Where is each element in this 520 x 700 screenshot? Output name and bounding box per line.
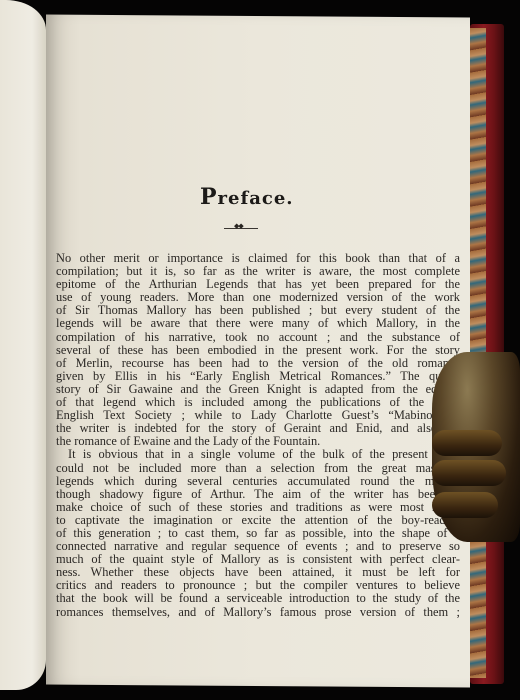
page-title: Preface.: [200, 184, 294, 210]
text-line: compilation of his narrative, took no ac…: [56, 331, 460, 344]
preface-body: No other merit or importance is claimed …: [56, 252, 460, 619]
text-line: several of these has been embodied in th…: [56, 344, 460, 357]
ornament-divider-icon: [224, 228, 258, 229]
finger-shape: [432, 460, 506, 486]
title-rest: reface.: [218, 188, 294, 209]
left-page-edge: [0, 0, 46, 690]
title-initial: P: [200, 184, 218, 210]
text-line: to captivate the imagination or excite t…: [56, 514, 460, 527]
paragraph-2: It is obvious that in a single volume of…: [56, 448, 460, 618]
text-line: make choice of such of these stories and…: [56, 501, 460, 514]
text-line: given by Ellis in his “Early English Met…: [56, 370, 460, 383]
bronze-hand-bookend: [432, 352, 520, 542]
text-line: though shadowy figure of Arthur. The aim…: [56, 488, 460, 501]
finger-shape: [432, 492, 498, 518]
paragraph-1: No other merit or importance is claimed …: [56, 252, 460, 448]
finger-shape: [432, 430, 502, 456]
text-line: legends will be aware that there were ma…: [56, 317, 460, 330]
text-line: legends which during several centuries a…: [56, 475, 460, 488]
text-line: romances themselves, and of Mallory’s fa…: [56, 606, 460, 619]
text-line: that the book will be found a serviceabl…: [56, 592, 460, 605]
text-line: could not be included more than a select…: [56, 462, 460, 475]
text-line: of Merlin, recourse has been had to the …: [56, 357, 460, 370]
text-line: It is obvious that in a single volume of…: [56, 448, 460, 461]
